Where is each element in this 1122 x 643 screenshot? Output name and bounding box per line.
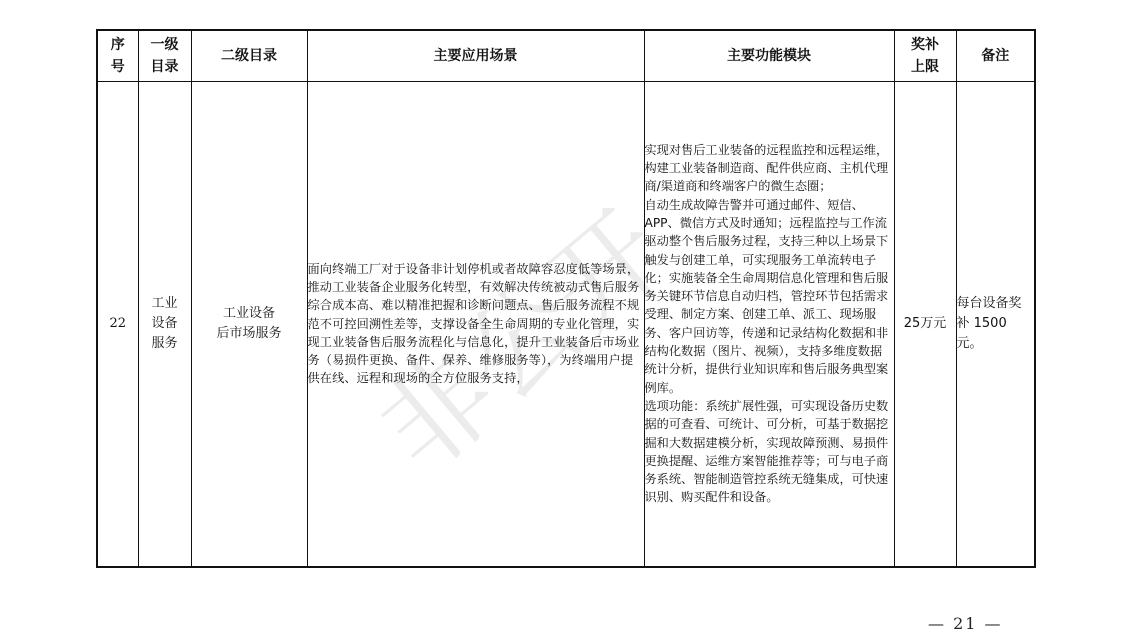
cell-level1-catalog: 工业 设备 服务	[138, 81, 191, 567]
table-row: 22 工业 设备 服务 工业设备 后市场服务 面向终端工厂对于设备非计划停机或者…	[97, 81, 1035, 567]
table-header-row: 序 号 一级 目录 二级目录 主要应用场景 主要功能模块 奖补 上限 备注	[97, 30, 1035, 81]
header-seq: 序 号	[97, 30, 138, 81]
module-paragraph: 实现对售后工业装备的远程监控和远程运维，构建工业装备制造商、配件供应商、主机代理…	[645, 141, 894, 196]
cell-subsidy-cap: 25万元	[894, 81, 956, 567]
catalog-table: 序 号 一级 目录 二级目录 主要应用场景 主要功能模块 奖补 上限 备注 22…	[96, 29, 1036, 568]
header-level2-catalog: 二级目录	[191, 30, 307, 81]
cell-level2-catalog: 工业设备 后市场服务	[191, 81, 307, 567]
header-notes: 备注	[956, 30, 1035, 81]
cell-main-modules: 实现对售后工业装备的远程监控和远程运维，构建工业装备制造商、配件供应商、主机代理…	[644, 81, 894, 567]
cell-seq: 22	[97, 81, 138, 567]
page-number: — 21 —	[928, 614, 1003, 633]
module-paragraph: 自动生成故障告警并可通过邮件、短信、APP、微信方式及时通知；远程监控与工作流驱…	[645, 196, 894, 397]
header-level1-catalog: 一级 目录	[138, 30, 191, 81]
header-subsidy-cap: 奖补 上限	[894, 30, 956, 81]
header-main-scenario: 主要应用场景	[307, 30, 644, 81]
module-paragraph: 选项功能：系统扩展性强，可实现设备历史数据的可查看、可统计、可分析，可基于数据挖…	[645, 397, 894, 507]
cell-notes: 每台设备奖补 1500 元。	[956, 81, 1035, 567]
header-main-modules: 主要功能模块	[644, 30, 894, 81]
document-page: 非公开 序 号 一级 目录 二级目录 主要应用场景 主要功能模块 奖补 上限 备…	[0, 0, 1122, 643]
cell-main-scenario: 面向终端工厂对于设备非计划停机或者故障容忍度低等场景，推动工业装备企业服务化转型…	[307, 81, 644, 567]
